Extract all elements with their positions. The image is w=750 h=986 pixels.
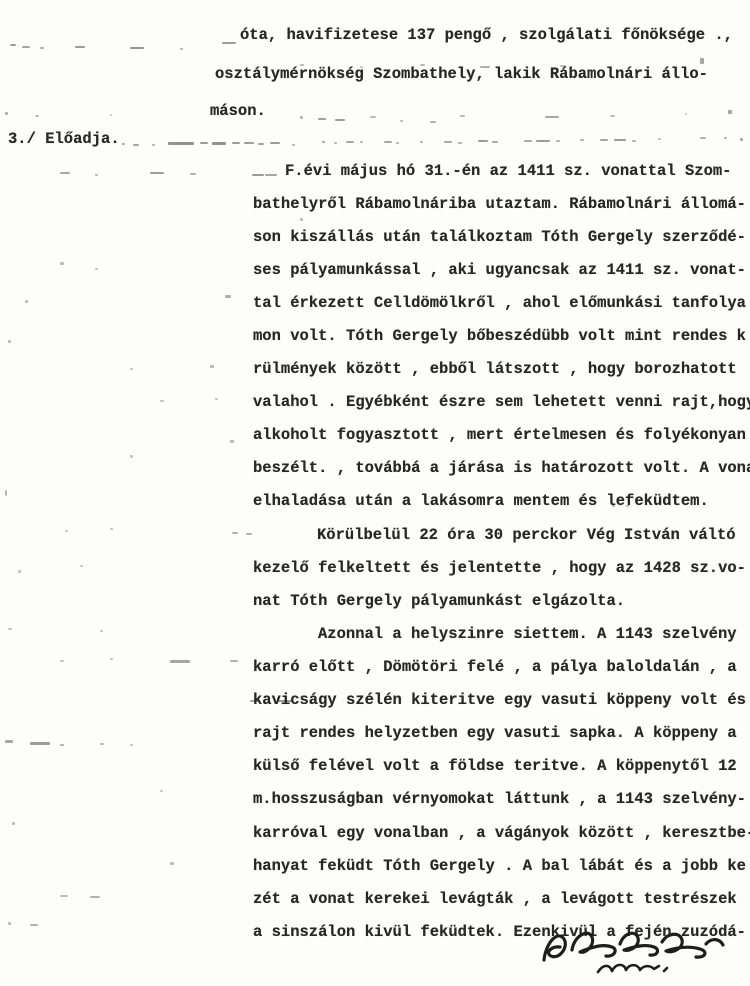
- scan-speck: [170, 862, 174, 865]
- scan-speck: [246, 533, 252, 535]
- scan-speck: [215, 398, 218, 400]
- scan-speck: [258, 143, 264, 145]
- scan-speck: [580, 139, 584, 141]
- text-line: F.évi május hó 31.-én az 1411 sz. vonatt…: [285, 163, 731, 180]
- scan-speck: [100, 743, 104, 745]
- scan-speck: [12, 822, 15, 825]
- scan-speck: [610, 115, 615, 117]
- scan-speck: [95, 268, 98, 270]
- scan-speck: [478, 140, 488, 142]
- text-line: bathelyről Rábamolnáriba utaztam. Rábamo…: [253, 196, 746, 213]
- scan-speck: [265, 174, 277, 176]
- scan-speck: [614, 139, 626, 141]
- scan-speck: [700, 58, 704, 64]
- signature-scribble: [538, 920, 734, 984]
- scan-speck: [252, 174, 264, 176]
- text-line: valahol . Egyébként észre sem lehetett v…: [253, 394, 750, 411]
- scan-speck: [458, 142, 462, 144]
- scan-speck: [400, 120, 403, 122]
- scan-speck: [8, 340, 11, 343]
- text-line: Körülbelül 22 óra 30 perckor Vég István …: [317, 527, 736, 544]
- scan-speck: [10, 44, 16, 46]
- scan-speck: [130, 744, 133, 746]
- scan-speck: [460, 115, 465, 117]
- scan-speck: [492, 141, 498, 143]
- scan-speck: [110, 528, 113, 530]
- scan-speck: [5, 112, 8, 115]
- scan-speck: [30, 742, 50, 745]
- text-line: rajt rendes helyzetben egy vasuti sapka.…: [253, 725, 737, 742]
- text-line: Azonnal a helyszinre siettem. A 1143 sze…: [318, 626, 737, 643]
- scan-speck: [170, 660, 190, 663]
- scan-speck: [110, 114, 112, 116]
- scan-speck: [225, 295, 231, 298]
- text-line: elhaladása után a lakásomra mentem és le…: [253, 493, 709, 510]
- scan-speck: [444, 141, 452, 143]
- scan-speck: [5, 740, 13, 743]
- scan-speck: [292, 144, 295, 146]
- scan-speck: [396, 142, 399, 144]
- scan-speck: [270, 142, 280, 144]
- scan-speck: [524, 140, 532, 142]
- scan-speck: [100, 630, 103, 632]
- text-line: tal érkezett Celldömölkről , ahol előmun…: [253, 295, 746, 312]
- scan-speck: [430, 121, 436, 123]
- scan-speck: [322, 141, 325, 143]
- scan-speck: [658, 138, 661, 140]
- text-line: óta, havifizetese 137 pengő , szolgálati…: [240, 27, 733, 44]
- text-line: osztálymérnökség Szombathely, lakik Rába…: [215, 66, 708, 83]
- scan-speck: [130, 368, 133, 370]
- scan-speck: [334, 142, 337, 144]
- scan-speck: [536, 140, 550, 142]
- scan-speck: [150, 172, 164, 174]
- scan-speck: [152, 144, 155, 146]
- scan-speck: [318, 118, 326, 120]
- text-line: kezelő felkeltett és jelentette , hogy a…: [253, 560, 746, 577]
- scan-speck: [230, 440, 234, 443]
- scan-speck: [300, 116, 303, 119]
- scan-speck: [200, 142, 208, 144]
- scan-speck: [360, 141, 363, 143]
- scan-speck: [65, 530, 68, 532]
- text-line: son kiszállás után találkoztam Tóth Gerg…: [253, 229, 746, 246]
- scan-speck: [40, 47, 44, 49]
- scan-speck: [210, 365, 214, 368]
- scan-speck: [95, 174, 98, 176]
- text-line: alkoholt fogyasztott , mert értelmesen é…: [253, 427, 746, 444]
- scan-speck: [370, 116, 376, 118]
- scan-speck: [724, 137, 727, 139]
- scan-speck: [60, 744, 64, 746]
- scan-speck: [300, 218, 303, 221]
- scan-speck: [110, 658, 113, 660]
- scan-speck: [685, 113, 687, 115]
- text-line: hanyat feküdt Tóth Gergely . A bal lábát…: [253, 858, 746, 875]
- scan-speck: [335, 119, 345, 121]
- scan-speck: [232, 532, 238, 534]
- scan-speck: [30, 924, 38, 926]
- text-line: külső felével volt a földse teritve. A k…: [253, 758, 737, 775]
- scan-speck: [5, 490, 7, 496]
- text-line: nat Tóth Gergely pályamunkást elgázolta.: [253, 593, 625, 610]
- scan-speck: [700, 137, 706, 139]
- scan-speck: [160, 790, 163, 792]
- text-line: máson.: [210, 103, 266, 120]
- scan-speck: [60, 262, 64, 265]
- margin-note: 3./ Előadja.: [8, 131, 120, 148]
- scan-speck: [230, 660, 238, 662]
- scan-speck: [75, 46, 85, 48]
- scan-speck: [420, 141, 423, 143]
- scan-speck: [130, 47, 144, 49]
- scan-speck: [22, 46, 30, 48]
- scan-speck: [222, 42, 236, 44]
- scan-speck: [232, 142, 240, 144]
- scan-speck: [632, 140, 636, 142]
- scan-speck: [212, 142, 226, 145]
- scan-speck: [190, 173, 196, 175]
- scan-speck: [60, 172, 70, 174]
- text-line: beszélt. , továbbá a járása is határozot…: [253, 460, 750, 477]
- scan-speck: [25, 300, 28, 303]
- scan-speck: [384, 141, 392, 143]
- scan-speck: [728, 110, 732, 114]
- document-page: 3./ Előadja. óta, havifizetese 137 pengő…: [0, 0, 750, 986]
- text-line: ses pályamunkással , aki ugyancsak az 14…: [253, 262, 746, 279]
- scan-speck: [180, 48, 183, 50]
- scan-speck: [35, 115, 39, 117]
- scan-speck: [122, 143, 125, 145]
- scan-speck: [740, 138, 743, 141]
- text-line: m.hosszuságban vérnyomokat láttunk , a 1…: [253, 791, 746, 808]
- scan-speck: [545, 116, 559, 118]
- scan-speck: [8, 628, 12, 630]
- text-line: mon volt. Tóth Gergely bőbeszédübb volt …: [253, 328, 746, 345]
- scan-speck: [133, 144, 139, 146]
- scan-speck: [160, 400, 164, 402]
- scan-speck: [8, 922, 11, 925]
- scan-speck: [60, 660, 64, 662]
- scan-speck: [556, 140, 560, 142]
- text-line: zét a vonat kerekei levágták , a levágot…: [253, 891, 737, 908]
- scan-speck: [130, 455, 133, 458]
- scan-speck: [600, 139, 608, 141]
- scan-speck: [60, 895, 68, 897]
- scan-speck: [90, 896, 100, 898]
- scan-speck: [346, 141, 354, 143]
- text-line: karró előtt , Dömötöri felé , a pálya ba…: [253, 659, 737, 676]
- text-line: kavicságy szélén kiteritve egy vasuti kö…: [253, 692, 746, 709]
- text-line: karróval egy vonalban , a vágányok közöt…: [253, 825, 750, 842]
- scan-speck: [80, 565, 83, 567]
- scan-speck: [168, 142, 194, 145]
- scan-speck: [244, 142, 254, 144]
- scan-speck: [18, 570, 21, 573]
- text-line: rülmények között , ebből látszott , hogy…: [253, 361, 737, 378]
